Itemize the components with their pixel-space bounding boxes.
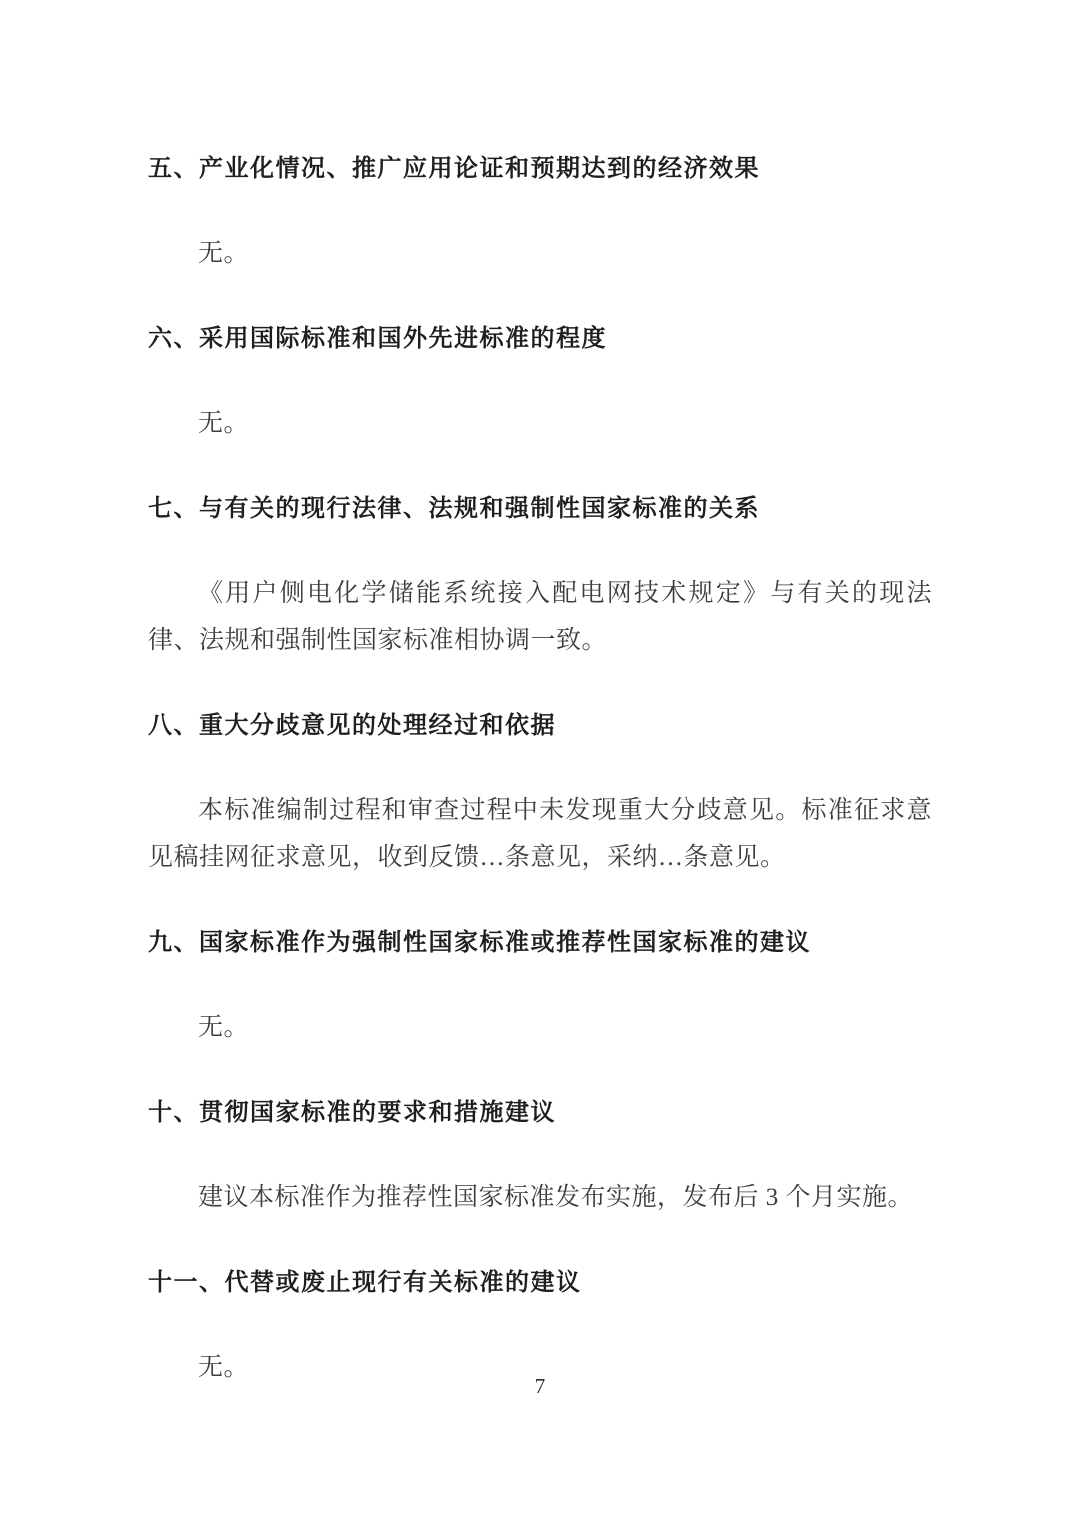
section-6-paragraph: 无。 bbox=[148, 400, 932, 447]
section-5-heading: 五、产业化情况、推广应用论证和预期达到的经济效果 bbox=[148, 145, 932, 192]
page-number: 7 bbox=[0, 1372, 1080, 1400]
section-5-paragraph: 无。 bbox=[148, 230, 932, 277]
section-7: 七、与有关的现行法律、法规和强制性国家标准的关系 《用户侧电化学储能系统接入配电… bbox=[148, 485, 932, 664]
section-6: 六、采用国际标准和国外先进标准的程度 无。 bbox=[148, 315, 932, 447]
section-9-paragraph: 无。 bbox=[148, 1004, 932, 1051]
document-page: 五、产业化情况、推广应用论证和预期达到的经济效果 无。 六、采用国际标准和国外先… bbox=[0, 0, 1080, 1527]
section-6-heading: 六、采用国际标准和国外先进标准的程度 bbox=[148, 315, 932, 362]
section-9-heading: 九、国家标准作为强制性国家标准或推荐性国家标准的建议 bbox=[148, 919, 932, 966]
section-9: 九、国家标准作为强制性国家标准或推荐性国家标准的建议 无。 bbox=[148, 919, 932, 1051]
section-8-paragraph: 本标准编制过程和审查过程中未发现重大分歧意见。标准征求意见稿挂网征求意见，收到反… bbox=[148, 787, 932, 881]
section-5: 五、产业化情况、推广应用论证和预期达到的经济效果 无。 bbox=[148, 145, 932, 277]
section-10-heading: 十、贯彻国家标准的要求和措施建议 bbox=[148, 1089, 932, 1136]
section-10-paragraph: 建议本标准作为推荐性国家标准发布实施，发布后 3 个月实施。 bbox=[148, 1174, 932, 1221]
section-7-paragraph: 《用户侧电化学储能系统接入配电网技术规定》与有关的现法律、法规和强制性国家标准相… bbox=[148, 570, 932, 664]
section-8: 八、重大分歧意见的处理经过和依据 本标准编制过程和审查过程中未发现重大分歧意见。… bbox=[148, 702, 932, 881]
section-8-heading: 八、重大分歧意见的处理经过和依据 bbox=[148, 702, 932, 749]
section-11-heading: 十一、代替或废止现行有关标准的建议 bbox=[148, 1259, 932, 1306]
section-7-heading: 七、与有关的现行法律、法规和强制性国家标准的关系 bbox=[148, 485, 932, 532]
section-10: 十、贯彻国家标准的要求和措施建议 建议本标准作为推荐性国家标准发布实施，发布后 … bbox=[148, 1089, 932, 1221]
